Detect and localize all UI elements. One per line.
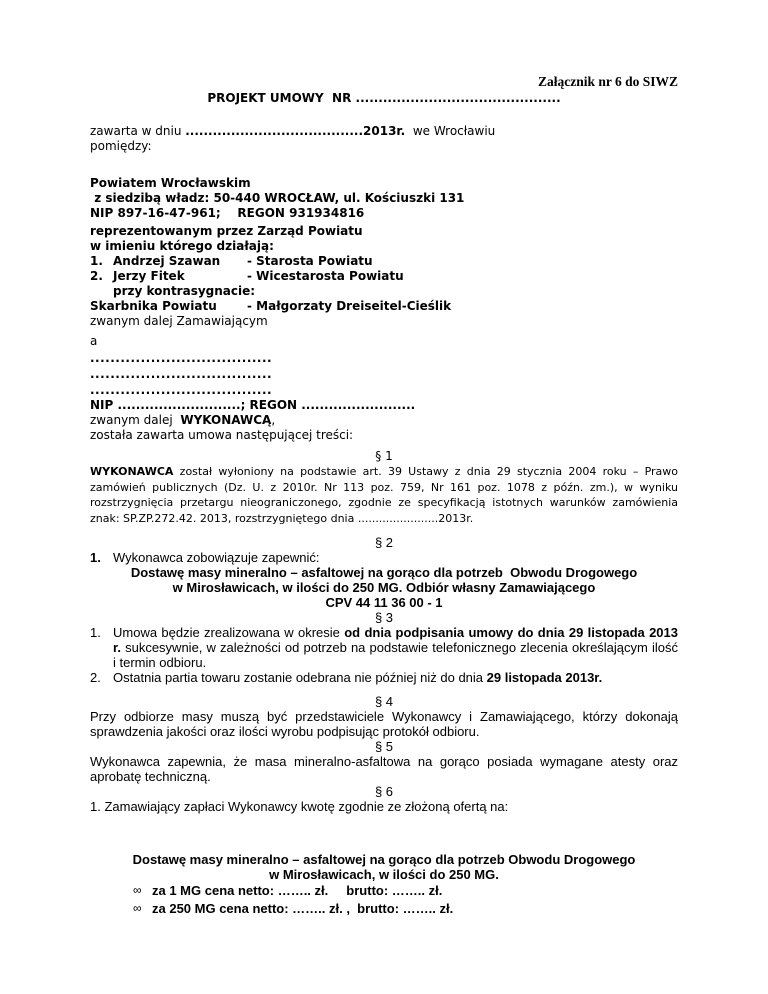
treasurer-role: - Małgorzaty Dreiseitel-Cieślik	[247, 299, 451, 314]
price-item-1mg-text: za 1 MG cena netto: …….. zł. brutto: …….…	[152, 883, 442, 898]
infinity-bullet-icon-1: ∞	[133, 882, 142, 900]
represented-by-line: reprezentowanym przez Zarząd Powiatu	[90, 224, 678, 239]
official-2-name: Jerzy Fitek	[113, 269, 185, 283]
official-1-role: - Starosta Powiatu	[247, 254, 373, 269]
section-2-item-1: 1.Wykonawca zobowiązuje zapewnić:	[90, 550, 678, 565]
section-2-item-1-text: Wykonawca zobowiązuje zapewnić:	[113, 550, 320, 565]
section-3-item-2-pre: Ostatnia partia towaru zostanie odebrana…	[113, 670, 487, 685]
alias-post-text: ,	[271, 413, 275, 427]
alias-pre-text: zwanym dalej	[90, 413, 180, 427]
contractor-alias-line: zwanym dalej WYKONAWCĄ,	[90, 413, 678, 428]
contractor-blank-line-1: ....................................	[90, 350, 678, 366]
official-2-role: - Wicestarosta Powiatu	[247, 269, 404, 284]
treasurer-name: Skarbnika Powiatu	[90, 299, 247, 314]
offer-subject-block: Dostawę masy mineralno – asfaltowej na g…	[90, 852, 678, 917]
employer-block: Powiatem Wrocławskim z siedzibą władz: 5…	[90, 176, 678, 329]
contractor-blank-line-3: ....................................	[90, 382, 678, 398]
countersign-line: przy kontrasygnacie:	[90, 284, 678, 299]
treasurer-row: Skarbnika Powiatu - Małgorzaty Dreiseite…	[90, 299, 678, 314]
section-4-paragraph: Przy odbiorze masy muszą być przedstawic…	[90, 709, 678, 739]
section-3-item-1-number: 1.	[90, 625, 101, 640]
contract-document-page: Załącznik nr 6 do SIWZ PROJEKT UMOWY NR …	[0, 0, 768, 994]
document-title: PROJEKT UMOWY NR .......................…	[90, 91, 678, 106]
official-1-number: 1.	[90, 254, 103, 269]
employer-name: Powiatem Wrocławskim	[90, 176, 678, 191]
price-item-250mg-text: za 250 MG cena netto: …….. zł. , brutto:…	[152, 901, 453, 916]
section-3-item-2-deadline: 29 listopada 2013r.	[487, 670, 603, 685]
offer-subject-line-2: w Mirosławicach, w ilości do 250 MG.	[90, 867, 678, 882]
and-label: a	[90, 333, 678, 350]
employer-address: z siedzibą władz: 50-440 WROCŁAW, ul. Ko…	[90, 191, 678, 206]
section-6-item-1: 1. Zamawiający zapłaci Wykonawcy kwotę z…	[90, 799, 678, 814]
official-1-name-cell: 1.Andrzej Szawan	[90, 254, 247, 269]
section-1-paragraph: WYKONAWCA został wyłoniony na podstawie …	[90, 464, 678, 526]
section-2-item-1-number: 1.	[90, 550, 101, 565]
subject-line-1: Dostawę masy mineralno – asfaltowej na g…	[90, 565, 678, 580]
section-1-lead: WYKONAWCA	[90, 465, 173, 478]
section-4-heading: § 4	[90, 694, 678, 709]
section-3-item-2-number: 2.	[90, 670, 101, 685]
contractor-blank-line-2: ....................................	[90, 366, 678, 382]
section-3-heading: § 3	[90, 610, 678, 625]
section-1-heading: § 1	[90, 449, 678, 464]
official-1-name: Andrzej Szawan	[113, 254, 220, 268]
section-2-heading: § 2	[90, 535, 678, 550]
contract-opening-line: została zawarta umowa następującej treśc…	[90, 428, 678, 443]
official-2-number: 2.	[90, 269, 103, 284]
between-label: pomiędzy:	[90, 139, 678, 154]
cpv-code: CPV 44 11 36 00 - 1	[90, 595, 678, 610]
contractor-alias-bold: WYKONAWCĄ	[180, 413, 271, 427]
subject-line-2: w Mirosławicach, w ilości do 250 MG. Odb…	[90, 580, 678, 595]
price-item-250mg: ∞za 250 MG cena netto: …….. zł. , brutto…	[90, 900, 678, 918]
employer-nip-regon: NIP 897-16-47-961; REGON 931934816	[90, 206, 678, 221]
contractor-block: a .................................... .…	[90, 333, 678, 443]
date-placeholder: .......................................2…	[185, 124, 405, 138]
section-3-item-1: 1.Umowa będzie zrealizowana w okresie od…	[90, 625, 678, 670]
section-3-item-2: 2.Ostatnia partia towaru zostanie odebra…	[90, 670, 678, 685]
section-5-heading: § 5	[90, 739, 678, 754]
section-6-heading: § 6	[90, 784, 678, 799]
section-3-item-1-pre: Umowa będzie zrealizowana w okresie	[113, 625, 344, 640]
official-2-name-cell: 2.Jerzy Fitek	[90, 269, 247, 284]
contract-date-line: zawarta w dniu .........................…	[90, 124, 678, 139]
section-3-item-1-post: sukcesywnie, w zależności od potrzeb na …	[113, 640, 678, 670]
section-5-paragraph: Wykonawca zapewnia, że masa mineralno-as…	[90, 754, 678, 784]
infinity-bullet-icon-2: ∞	[133, 900, 142, 918]
attachment-label: Załącznik nr 6 do SIWZ	[90, 75, 678, 89]
official-row-1: 1.Andrzej Szawan - Starosta Powiatu	[90, 254, 678, 269]
price-item-1mg: ∞za 1 MG cena netto: …….. zł. brutto: ………	[90, 882, 678, 900]
date-line-text: zawarta w dniu	[90, 124, 185, 138]
official-row-2: 2.Jerzy Fitek - Wicestarosta Powiatu	[90, 269, 678, 284]
date-line-city: we Wrocławiu	[405, 124, 495, 138]
offer-subject-line-1: Dostawę masy mineralno – asfaltowej na g…	[90, 852, 678, 867]
acting-line: w imieniu którego działają:	[90, 239, 678, 254]
employer-alias-line: zwanym dalej Zamawiającym	[90, 314, 678, 329]
section-1-text: został wyłoniony na podstawie art. 39 Us…	[90, 465, 678, 525]
contractor-nip-line: NIP ...........................; REGON .…	[90, 398, 678, 413]
